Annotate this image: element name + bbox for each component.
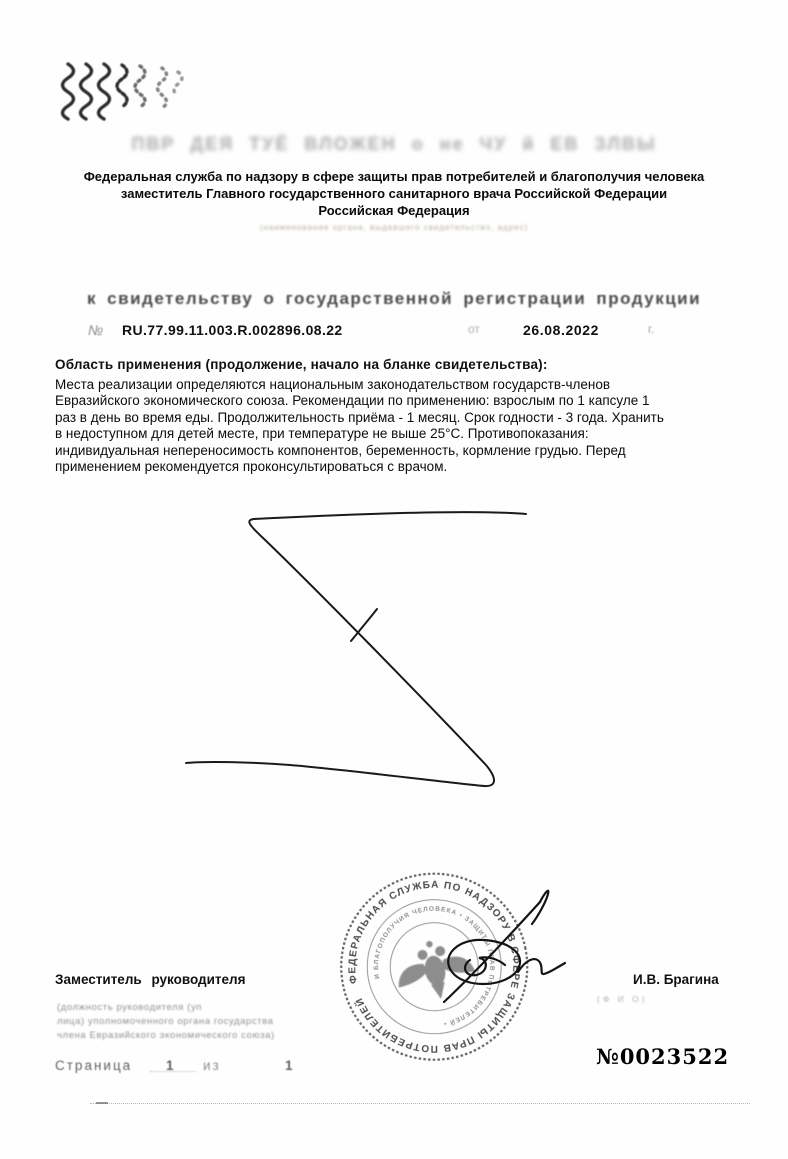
agency-line-3: Российская Федерация <box>0 202 788 219</box>
number-sign: № <box>88 322 103 338</box>
ink-signature <box>428 876 603 1026</box>
agency-line-2: заместитель Главного государственного са… <box>0 185 788 202</box>
registration-date: 26.08.2022 <box>523 322 599 338</box>
appendix-title: к свидетельству о государственной регист… <box>0 289 788 309</box>
scope-body-line: Евразийского экономического союза. Реком… <box>55 393 755 409</box>
signatory-position: Заместитель руководителя <box>55 972 245 987</box>
position-caption-line: лица) уполномоченного органа государства <box>57 1015 275 1029</box>
scope-body-line: применением рекомендуется проконсультиро… <box>55 459 755 475</box>
agency-line-1: Федеральная служба по надзору в сфере за… <box>0 168 788 185</box>
year-abbrev-faded: г. <box>648 322 654 336</box>
illegible-header-text: ПВР ДЕЯ ТУЁ ВЛОЖЕН о не ЧУ й ЕВ ЗЛВЫ <box>0 134 788 155</box>
page-word: Страница <box>55 1058 132 1073</box>
scanned-certificate-page: ПВР ДЕЯ ТУЁ ВЛОЖЕН о не ЧУ й ЕВ ЗЛВЫ Фед… <box>0 0 788 1159</box>
registration-row: № RU.77.99.11.003.R.002896.08.22 от 26.0… <box>0 322 788 342</box>
blank-serial-number: №0023522 <box>596 1044 729 1069</box>
handwritten-flourish <box>170 495 540 805</box>
page-current: 1 <box>166 1058 176 1073</box>
agency-caption-faded: (наименование органа, выдавшего свидетел… <box>0 223 788 232</box>
scope-body: Места реализации определяются национальн… <box>55 377 755 475</box>
of-word: из <box>203 1058 221 1073</box>
from-word-faded: от <box>468 322 480 336</box>
position-caption-line: члена Евразийского экономического союза) <box>57 1029 275 1043</box>
scope-heading: Область применения (продолжение, начало … <box>55 357 548 372</box>
page-total: 1 <box>285 1058 295 1073</box>
scope-body-line: в недоступном для детей месте, при темпе… <box>55 426 755 442</box>
signatory-name: И.В. Брагина <box>633 972 719 987</box>
scope-body-line: индивидуальная непереносимость компонент… <box>55 443 755 459</box>
name-caption-faded: (Ф И О) <box>597 994 648 1004</box>
scope-body-line: раз в день во время еды. Продолжительнос… <box>55 410 755 426</box>
scope-body-line: Места реализации определяются национальн… <box>55 377 755 393</box>
scan-artifact-dash <box>96 1102 108 1104</box>
faded-ink-stamp <box>58 60 198 122</box>
position-caption-line: (должность руководителя (уп <box>57 1001 275 1015</box>
agency-header: Федеральная служба по надзору в сфере за… <box>0 168 788 219</box>
scan-artifact-dotted-line <box>90 1103 750 1104</box>
position-caption-faded: (должность руководителя (уп лица) уполно… <box>57 1001 275 1043</box>
registration-number: RU.77.99.11.003.R.002896.08.22 <box>122 322 343 338</box>
